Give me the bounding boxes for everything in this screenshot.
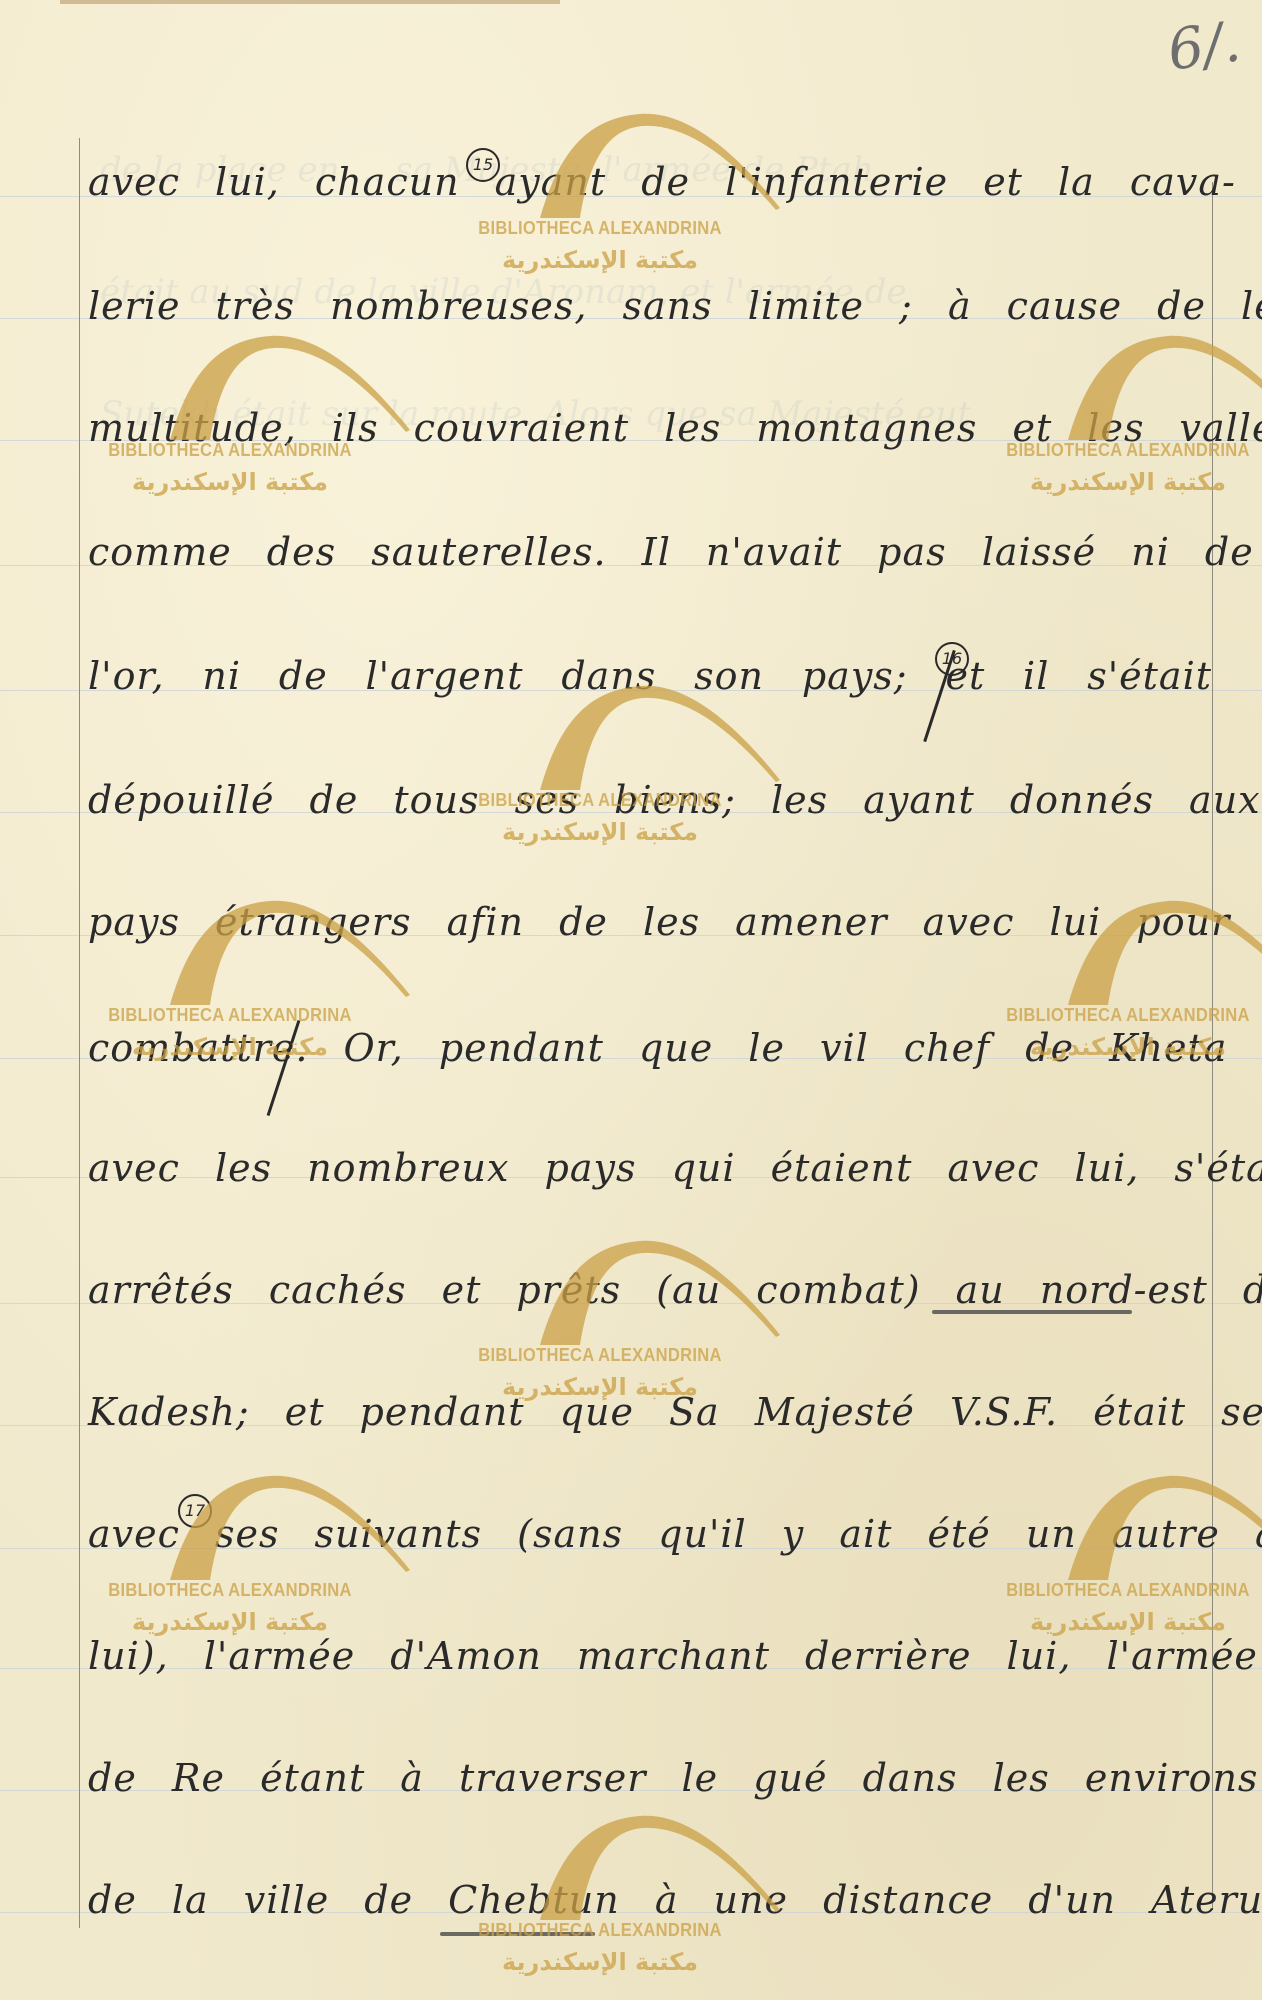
watermark-arabic-text: مكتبة الإسكندرية: [50, 468, 410, 496]
watermark-latin-text: BIBLIOTHECA ALEXANDRINA: [434, 218, 765, 239]
manuscript-line-4: comme des sauterelles. Il n'avait pas la…: [88, 530, 1212, 574]
manuscript-line-5: l'or, ni de l'argent dans son pays; et i…: [88, 654, 1212, 698]
watermark-latin-text: BIBLIOTHECA ALEXANDRINA: [962, 1005, 1262, 1026]
manuscript-line-12: avec ses suivants (sans qu'il y ait été …: [88, 1512, 1212, 1556]
manuscript-line-9: avec les nombreux pays qui étaient avec …: [88, 1146, 1212, 1190]
watermark-latin-text: BIBLIOTHECA ALEXANDRINA: [962, 1580, 1262, 1601]
manuscript-line-11: Kadesh; et pendant que Sa Majesté V.S.F.…: [88, 1390, 1212, 1434]
manuscript-page: de la place en … sa Majesté, l'armée de …: [0, 0, 1262, 2000]
manuscript-line-13: lui), l'armée d'Amon marchant derrière l…: [88, 1634, 1212, 1678]
manuscript-line-15: de la ville de Chebtun à une distance d'…: [88, 1878, 1212, 1922]
watermark-left-3: BIBLIOTHECA ALEXANDRINA مكتبة الإسكندرية: [50, 1470, 410, 1650]
watermark-arabic-text: مكتبة الإسكندرية: [948, 1608, 1262, 1636]
watermark-latin-text: BIBLIOTHECA ALEXANDRINA: [434, 1920, 765, 1941]
manuscript-line-3: multitude, ils couvraient les montagnes …: [88, 406, 1212, 450]
circled-note-17: 17: [178, 1494, 212, 1528]
watermark-latin-text: BIBLIOTHECA ALEXANDRINA: [64, 1580, 395, 1601]
manuscript-line-2: lerie très nombreuses, sans limite ; à c…: [88, 284, 1212, 328]
manuscript-line-8: combattre. Or, pendant que le vil chef d…: [88, 1026, 1212, 1070]
page-number: 6/.: [1164, 9, 1245, 83]
underline-nord-est: [932, 1310, 1132, 1314]
manuscript-line-14: de Re étant à traverser le gué dans les …: [88, 1756, 1212, 1800]
watermark-arabic-text: مكتبة الإسكندرية: [50, 1608, 410, 1636]
manuscript-line-10: arrêtés cachés et prêts (au combat) au n…: [88, 1268, 1212, 1312]
watermark-center-3: BIBLIOTHECA ALEXANDRINA مكتبة الإسكندرية: [420, 1235, 780, 1415]
manuscript-line-6: dépouillé de tous ses biens; les ayant d…: [88, 778, 1212, 822]
page-top-edge: [60, 0, 560, 4]
watermark-latin-text: BIBLIOTHECA ALEXANDRINA: [434, 1345, 765, 1366]
watermark-right-3: BIBLIOTHECA ALEXANDRINA مكتبة الإسكندرية: [948, 1470, 1262, 1650]
watermark-arabic-text: مكتبة الإسكندرية: [420, 1948, 780, 1976]
underline-chebtun: [440, 1932, 595, 1936]
left-margin-line: [79, 138, 80, 1928]
watermark-arabic-text: مكتبة الإسكندرية: [948, 468, 1262, 496]
watermark-arabic-text: مكتبة الإسكندرية: [420, 818, 780, 846]
watermark-latin-text: BIBLIOTHECA ALEXANDRINA: [64, 1005, 395, 1026]
watermark-arabic-text: مكتبة الإسكندرية: [420, 246, 780, 274]
manuscript-line-7: pays étrangers afin de les amener avec l…: [88, 900, 1212, 944]
circled-note-15: 15: [466, 148, 500, 182]
manuscript-line-1: avec lui, chacun ayant de l'infanterie e…: [88, 160, 1212, 204]
watermark-center-2: BIBLIOTHECA ALEXANDRINA مكتبة الإسكندرية: [420, 680, 780, 860]
